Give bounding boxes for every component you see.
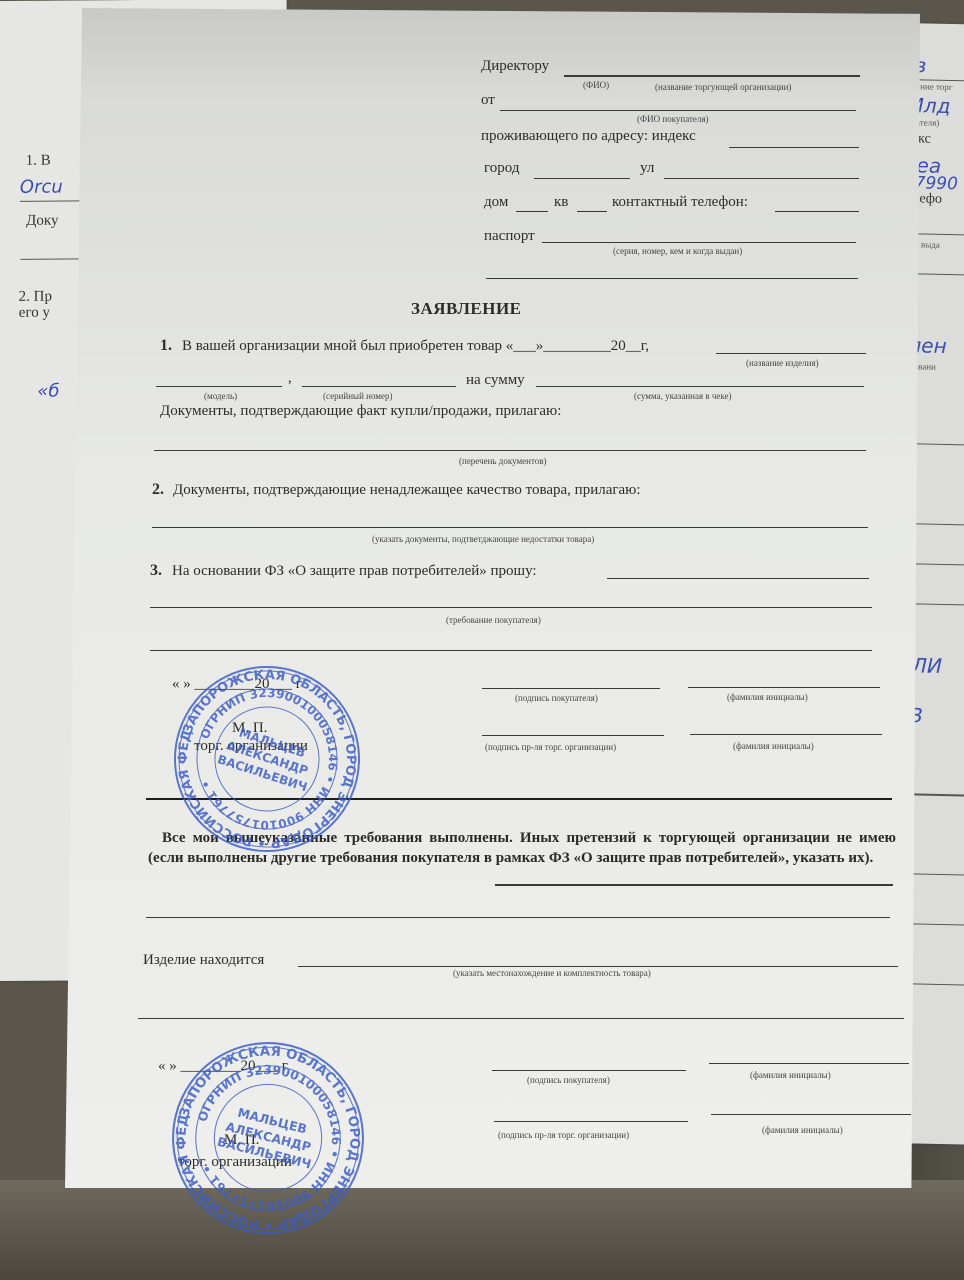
house-field[interactable] [516,211,548,212]
section-1-text: В вашей организации мной был приобретен … [182,338,649,355]
org-signature-field-2[interactable] [494,1121,688,1122]
buyer-signature-caption-1: (подпись покупателя) [515,693,598,703]
passport-caption: (серия, номер, кем и когда выдан) [613,246,742,256]
purchase-docs-text: Документы, подтверждающие факт купли/про… [160,403,561,420]
sum-caption: (сумма, указанная в чеке) [634,391,732,401]
address-label: проживающего по адресу: индекс [481,128,696,145]
passport-field-2[interactable] [486,278,858,279]
buyer-name-caption-2: (фамилия инициалы) [750,1070,831,1080]
buyer-name-caption-1: (фамилия инициалы) [727,692,808,702]
comma: , [288,370,292,387]
product-name-caption: (название изделия) [746,358,819,368]
apartment-field[interactable] [577,211,607,212]
from-field[interactable] [500,110,856,111]
location-label: Изделие находится [143,952,264,969]
product-name-field[interactable] [716,353,866,354]
serial-field[interactable] [302,386,456,387]
index-field[interactable] [729,147,859,148]
section-3-number: 3. [150,562,162,580]
demand-field-3[interactable] [150,650,872,651]
buyer-signature-field-1[interactable] [482,688,660,689]
other-demands-field-2[interactable] [146,917,890,918]
section-3-text: На основании ФЗ «О защите прав потребите… [172,563,537,580]
defect-docs-caption: (указать документы, подтветджающие недос… [372,534,594,544]
street-field[interactable] [664,178,859,179]
from-label: от [481,92,495,109]
phone-field[interactable] [775,211,859,212]
purchase-docs-caption: (перечень документов) [459,456,547,466]
org-signature-caption-2: (подпись пр-ля торг. организации) [498,1130,629,1140]
section-1-number: 1. [160,337,172,355]
buyer-signature-field-2[interactable] [492,1070,686,1071]
stamp-seal-icon: ЗАПОРОЖСКАЯ ОБЛАСТЬ, ГОРОД ЭНЕРГОДАР • Р… [149,1019,387,1257]
org-name-field-2[interactable] [711,1114,911,1115]
org-signature-caption-1: (подпись пр-ля торг. организации) [485,742,616,752]
section-2-number: 2. [152,481,164,499]
demand-caption: (требование покупателя) [446,615,541,625]
city-label: город [484,160,519,177]
claim-document: Директору (ФИО) (название торгующей орга… [0,0,964,1280]
location-field[interactable] [298,966,898,967]
director-caption-fio: (ФИО) [583,80,609,90]
location-caption: (указать местонахождение и комплектность… [453,968,651,978]
document-title: ЗАЯВЛЕНИЕ [411,299,522,319]
sum-field[interactable] [536,386,864,387]
passport-label: паспорт [484,228,535,245]
org-name-field-1[interactable] [690,734,882,735]
org-name-caption-2: (фамилия инициалы) [762,1125,843,1135]
org-signature-field-1[interactable] [482,735,664,736]
director-caption-org: (название торгующей организации) [655,82,791,92]
street-label: ул [640,160,654,177]
other-demands-field[interactable] [495,884,893,886]
passport-field[interactable] [542,242,856,243]
house-label: дом [484,194,508,211]
buyer-signature-caption-2: (подпись покупателя) [527,1075,610,1085]
phone-label: контактный телефон: [612,194,748,211]
demand-field[interactable] [607,578,869,579]
company-stamp-2: ЗАПОРОЖСКАЯ ОБЛАСТЬ, ГОРОД ЭНЕРГОДАР • Р… [149,1019,387,1257]
serial-caption: (серийный номер) [323,391,393,401]
sum-label: на сумму [466,372,525,389]
apartment-label: кв [554,194,568,211]
director-field[interactable] [564,75,860,77]
demand-field-2[interactable] [150,607,872,608]
model-field[interactable] [156,386,282,387]
buyer-name-field-1[interactable] [688,687,880,688]
defect-docs-field[interactable] [152,527,868,528]
purchase-docs-field[interactable] [154,450,866,451]
director-label: Директору [481,58,549,75]
buyer-name-field-2[interactable] [709,1063,909,1064]
from-caption: (ФИО покупателя) [637,114,709,124]
org-name-caption-1: (фамилия инициалы) [733,741,814,751]
section-2-text: Документы, подтверждающие ненадлежащее к… [173,482,641,499]
city-field[interactable] [534,178,630,179]
model-caption: (модель) [204,391,237,401]
location-field-2[interactable] [138,1018,904,1019]
